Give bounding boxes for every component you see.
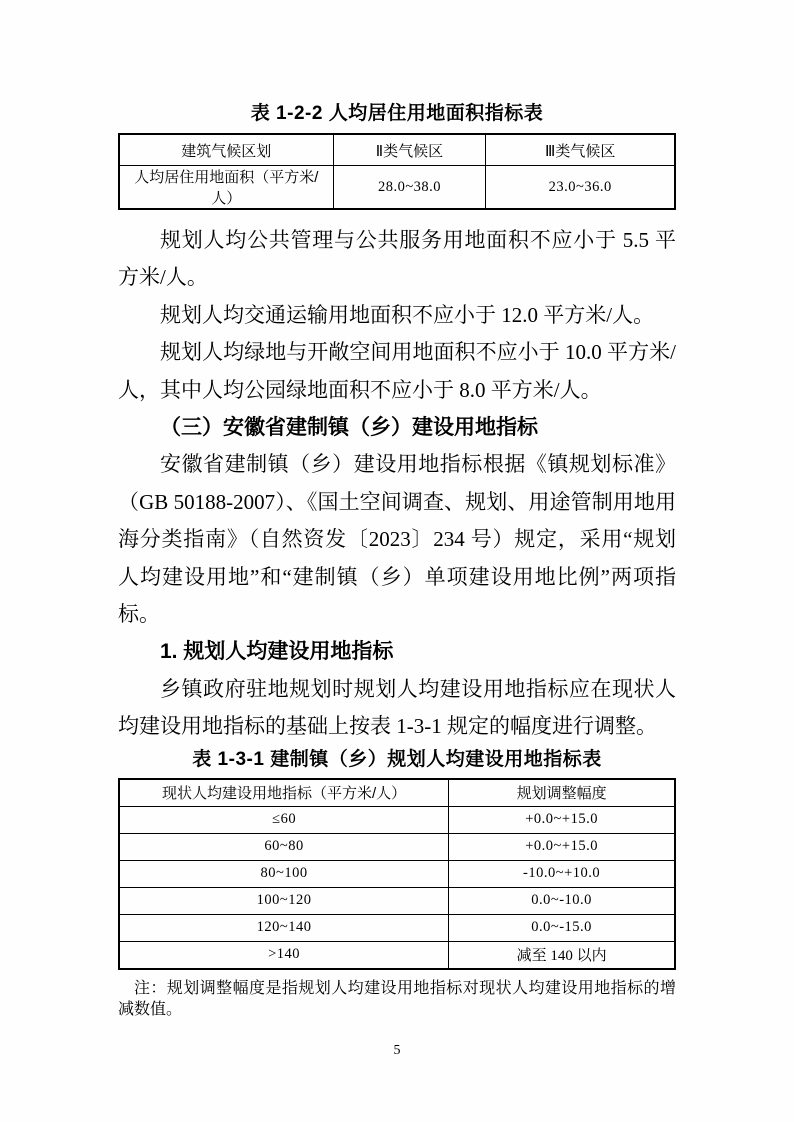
paragraph-green-space: 规划人均绿地与开敞空间用地面积不应小于 10.0 平方米/人，其中人均公园绿地面… bbox=[118, 334, 676, 409]
table-cell: 0.0~-15.0 bbox=[449, 914, 675, 941]
page-number: 5 bbox=[0, 1043, 794, 1059]
table-cell: 100~120 bbox=[119, 887, 449, 914]
table-cell: +0.0~+15.0 bbox=[449, 806, 675, 833]
table-row: 100~120 0.0~-10.0 bbox=[119, 887, 675, 914]
table-row: >140 减至 140 以内 bbox=[119, 941, 675, 969]
table-cell: 人均居住用地面积（平方米/人） bbox=[119, 166, 333, 210]
table-note: 注：规划调整幅度是指规划人均建设用地指标对现状人均建设用地指标的增减数值。 bbox=[118, 978, 676, 1020]
table-cell: ≤60 bbox=[119, 806, 449, 833]
table-cell: 120~140 bbox=[119, 914, 449, 941]
table-cell: 60~80 bbox=[119, 833, 449, 860]
paragraph-adjustment: 乡镇政府驻地规划时规划人均建设用地指标应在现状人均建设用地指标的基础上按表 1-… bbox=[118, 671, 676, 746]
table-1-2-2: 建筑气候区划 Ⅱ类气候区 Ⅲ类气候区 人均居住用地面积（平方米/人） 28.0~… bbox=[118, 133, 676, 210]
table-cell: 28.0~38.0 bbox=[333, 166, 486, 210]
body-text: 规划人均公共管理与公共服务用地面积不应小于 5.5 平方米/人。 规划人均交通运… bbox=[118, 222, 676, 746]
subsection-heading: 1. 规划人均建设用地指标 bbox=[118, 633, 676, 670]
table-row: ≤60 +0.0~+15.0 bbox=[119, 806, 675, 833]
table-cell: 80~100 bbox=[119, 860, 449, 887]
table-cell: 23.0~36.0 bbox=[486, 166, 675, 210]
header-cell: 现状人均建设用地指标（平方米/人） bbox=[119, 779, 449, 807]
document-page: 表 1-2-2 人均居住用地面积指标表 建筑气候区划 Ⅱ类气候区 Ⅲ类气候区 人… bbox=[0, 0, 794, 1122]
table-cell: >140 bbox=[119, 941, 449, 969]
table-row: 80~100 -10.0~+10.0 bbox=[119, 860, 675, 887]
paragraph-anhui-standards: 安徽省建制镇（乡）建设用地指标根据《镇规划标准》（GB 50188-2007）、… bbox=[118, 446, 676, 633]
paragraph-transport: 规划人均交通运输用地面积不应小于 12.0 平方米/人。 bbox=[118, 297, 676, 334]
table-header-row: 现状人均建设用地指标（平方米/人） 规划调整幅度 bbox=[119, 779, 675, 807]
table-cell: 减至 140 以内 bbox=[449, 941, 675, 969]
header-cell: 建筑气候区划 bbox=[119, 134, 333, 166]
table-1-3-1: 现状人均建设用地指标（平方米/人） 规划调整幅度 ≤60 +0.0~+15.0 … bbox=[118, 778, 676, 970]
section-heading: （三）安徽省建制镇（乡）建设用地指标 bbox=[118, 409, 676, 446]
table-1-3-1-caption: 表 1-3-1 建制镇（乡）规划人均建设用地指标表 bbox=[118, 747, 676, 772]
table-header-row: 建筑气候区划 Ⅱ类气候区 Ⅲ类气候区 bbox=[119, 134, 675, 166]
table-1-2-2-caption: 表 1-2-2 人均居住用地面积指标表 bbox=[118, 101, 676, 126]
table-row: 120~140 0.0~-15.0 bbox=[119, 914, 675, 941]
table-row: 人均居住用地面积（平方米/人） 28.0~38.0 23.0~36.0 bbox=[119, 166, 675, 210]
table-cell: +0.0~+15.0 bbox=[449, 833, 675, 860]
table-cell: -10.0~+10.0 bbox=[449, 860, 675, 887]
paragraph-public-service: 规划人均公共管理与公共服务用地面积不应小于 5.5 平方米/人。 bbox=[118, 222, 676, 297]
table-row: 60~80 +0.0~+15.0 bbox=[119, 833, 675, 860]
header-cell: Ⅱ类气候区 bbox=[333, 134, 486, 166]
header-cell: Ⅲ类气候区 bbox=[486, 134, 675, 166]
page-content: 表 1-2-2 人均居住用地面积指标表 建筑气候区划 Ⅱ类气候区 Ⅲ类气候区 人… bbox=[118, 0, 676, 1020]
table-cell: 0.0~-10.0 bbox=[449, 887, 675, 914]
header-cell: 规划调整幅度 bbox=[449, 779, 675, 807]
